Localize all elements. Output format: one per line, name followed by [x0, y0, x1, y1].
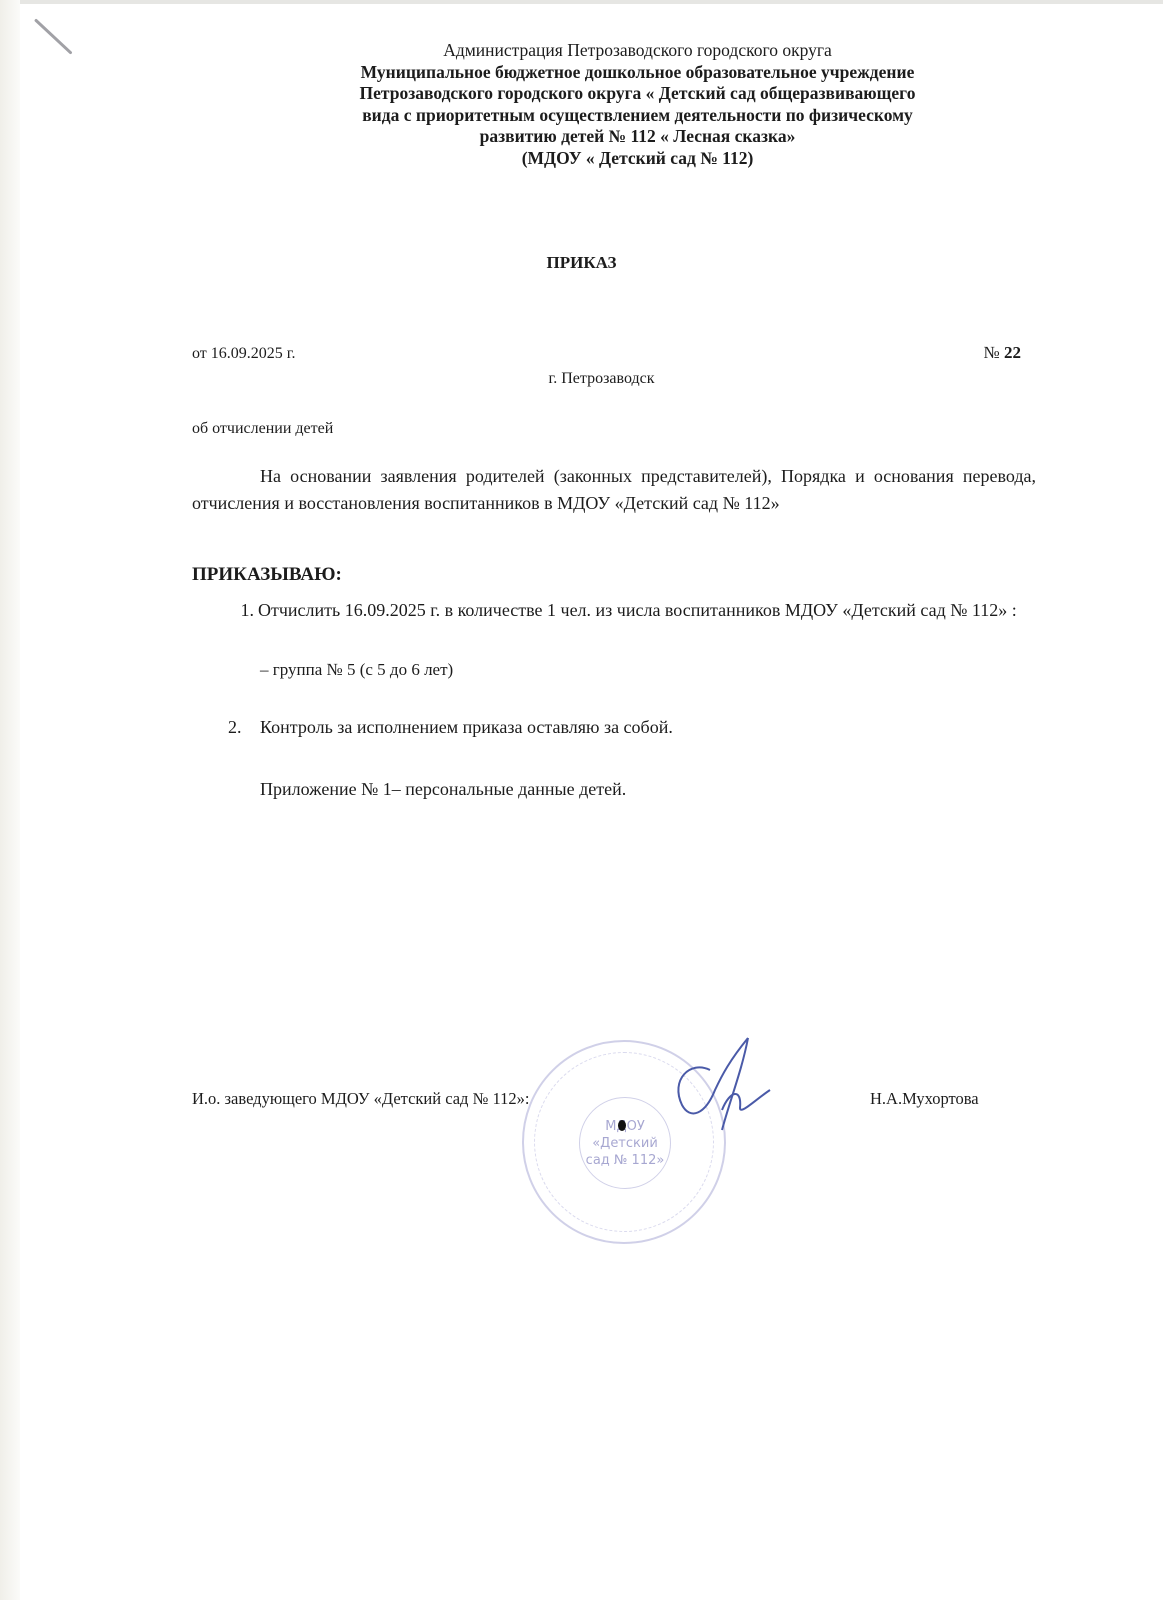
- institution-line: развитию детей № 112 « Лесная сказка»: [270, 126, 1005, 148]
- item-text: Отчислить 16.09.2025 г. в количестве 1 ч…: [258, 600, 1017, 620]
- administration-name: Администрация Петрозаводского городского…: [270, 40, 1005, 62]
- appendix-note: Приложение № 1– персональные данные дете…: [260, 779, 626, 800]
- signatory-role: И.о. заведующего МДОУ «Детский сад № 112…: [192, 1089, 529, 1109]
- institution-line: Муниципальное бюджетное дошкольное образ…: [270, 62, 1005, 84]
- order-number: № 22: [984, 343, 1021, 363]
- order-subject: об отчислении детей: [192, 420, 333, 438]
- institution-line: Петрозаводского городского округа « Детс…: [270, 83, 1005, 105]
- order-date: от 16.09.2025 г.: [192, 345, 296, 363]
- order-number-prefix: №: [984, 343, 1004, 362]
- letterhead: Администрация Петрозаводского городского…: [270, 40, 1005, 169]
- item-text: Контроль за исполнением приказа оставляю…: [260, 717, 673, 737]
- document-title: ПРИКАЗ: [0, 253, 1163, 273]
- handwritten-signature-icon: [660, 1030, 780, 1140]
- stamp-line: «Детский: [592, 1135, 658, 1152]
- scan-edge-top: [20, 0, 1163, 4]
- scan-edge: [0, 0, 20, 1600]
- stamp-line: сад № 112»: [586, 1152, 665, 1169]
- signatory-name: Н.А.Мухортова: [870, 1089, 979, 1109]
- orders-heading: ПРИКАЗЫВАЮ:: [192, 564, 342, 586]
- city: г. Петрозаводск: [0, 370, 1163, 388]
- stamp-center: МДОУ «Детский сад № 112»: [579, 1097, 671, 1189]
- institution-line: вида с приоритетным осуществлением деяте…: [270, 105, 1005, 127]
- order-item-1-sub: – группа № 5 (с 5 до 6 лет): [260, 660, 453, 680]
- order-number-value: 22: [1004, 343, 1021, 362]
- ink-dot: [618, 1120, 626, 1131]
- pen-mark: [34, 18, 73, 54]
- item-number: 2.: [228, 717, 260, 738]
- order-item-2: 2.Контроль за исполнением приказа оставл…: [228, 717, 673, 738]
- order-item-1: 1.Отчислить 16.09.2025 г. в количестве 1…: [192, 597, 1036, 624]
- basis-text: На основании заявления родителей (законн…: [192, 466, 1036, 513]
- institution-short-name: (МДОУ « Детский сад № 112): [270, 148, 1005, 170]
- item-number: 1.: [192, 597, 258, 624]
- order-basis: На основании заявления родителей (законн…: [192, 463, 1036, 517]
